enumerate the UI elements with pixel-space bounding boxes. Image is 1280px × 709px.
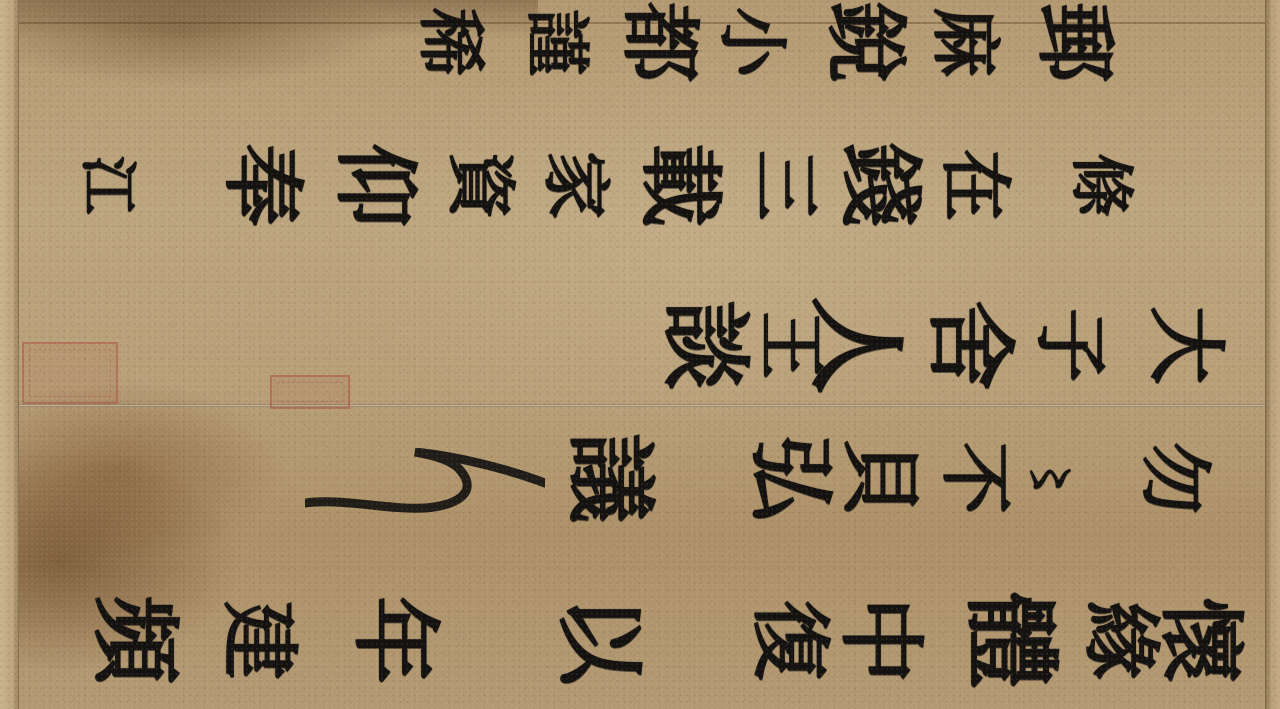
calligraphy-character: 懷: [1157, 597, 1243, 683]
calligraphy-character: 大: [1146, 306, 1224, 384]
calligraphy-character: 仰: [333, 143, 417, 227]
calligraphy-character: 談: [660, 300, 750, 390]
calligraphy-character: 年: [351, 596, 439, 684]
seal-border-inner: [277, 382, 343, 402]
calligraphy-character: 復: [750, 600, 830, 680]
calligraphy-character: 建: [219, 601, 297, 679]
long-brush-stroke: [305, 448, 545, 518]
seal-center: [270, 375, 350, 409]
mounting-edge-right: [1265, 0, 1280, 709]
calligraphy-character: 小: [717, 7, 787, 77]
calligraphy-character: 中: [837, 597, 923, 683]
calligraphy-character: 勿: [1139, 442, 1211, 514]
calligraphy-character: 〻: [1027, 455, 1073, 501]
calligraphy-character: 條: [1068, 153, 1132, 217]
calligraphy-character: 體: [962, 592, 1058, 688]
calligraphy-character: 頻: [90, 595, 180, 685]
calligraphy-character: 三: [750, 150, 820, 220]
calligraphy-character: 議: [565, 433, 655, 523]
calligraphy-character: 麻: [930, 7, 1000, 77]
calligraphy-character: 奉: [221, 144, 303, 226]
calligraphy-character: 緣: [1081, 601, 1159, 679]
seal-left: [22, 342, 118, 404]
calligraphy-scroll: 郵麻銳小都謹稀條在錢三載家資仰奉江大子舍人王談勿〻不貝弘議懷緣體中復以年建頻: [0, 0, 1280, 709]
calligraphy-character: 都: [620, 2, 700, 82]
calligraphy-character: 江: [79, 156, 137, 214]
mounting-edge-left: [0, 0, 19, 709]
calligraphy-character: 家: [541, 151, 609, 219]
calligraphy-character: 王: [756, 311, 824, 379]
paper-seam: [18, 404, 1266, 407]
calligraphy-character: 子: [1033, 308, 1107, 382]
calligraphy-character: 舍: [925, 300, 1015, 390]
calligraphy-character: 資: [446, 151, 514, 219]
calligraphy-character: 郵: [1035, 2, 1115, 82]
calligraphy-character: 貝: [840, 438, 920, 518]
calligraphy-character: 稀: [416, 8, 484, 76]
calligraphy-character: 在: [939, 149, 1011, 221]
calligraphy-character: 銳: [824, 1, 906, 83]
calligraphy-character: 載: [638, 143, 722, 227]
calligraphy-character: 謹: [524, 9, 590, 75]
calligraphy-character: 以: [555, 595, 645, 685]
calligraphy-character: 弘: [747, 435, 833, 521]
seal-border-inner: [29, 349, 111, 397]
calligraphy-character: 不: [939, 442, 1011, 514]
calligraphy-character: 錢: [838, 143, 922, 227]
